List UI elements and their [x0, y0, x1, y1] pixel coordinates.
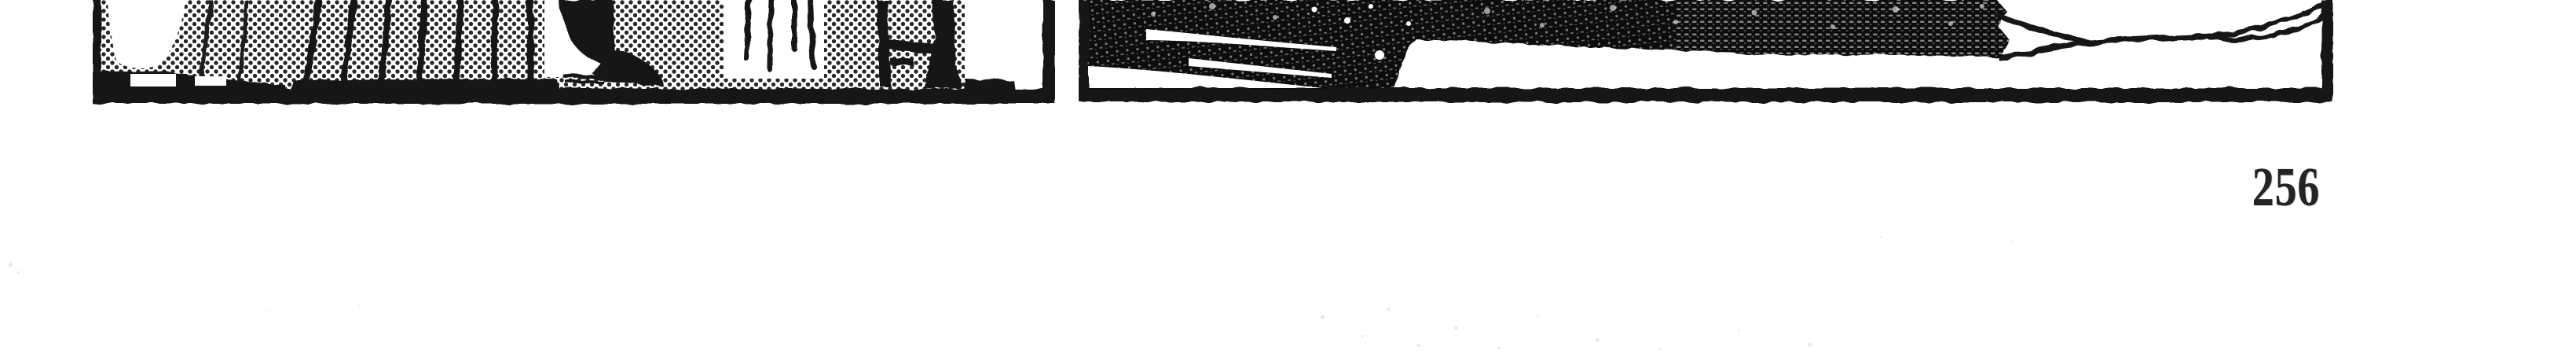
- scanned-page: 256: [0, 0, 2576, 353]
- chalk-drawing-image: [1079, 0, 2333, 107]
- page-number: 256: [2245, 160, 2327, 215]
- illustration-right-fragment: [1079, 0, 2333, 107]
- illustration-left-fragment: [93, 0, 1055, 107]
- scan-noise-specks: [0, 0, 2, 2]
- halftone-engraving-image: [93, 0, 1055, 107]
